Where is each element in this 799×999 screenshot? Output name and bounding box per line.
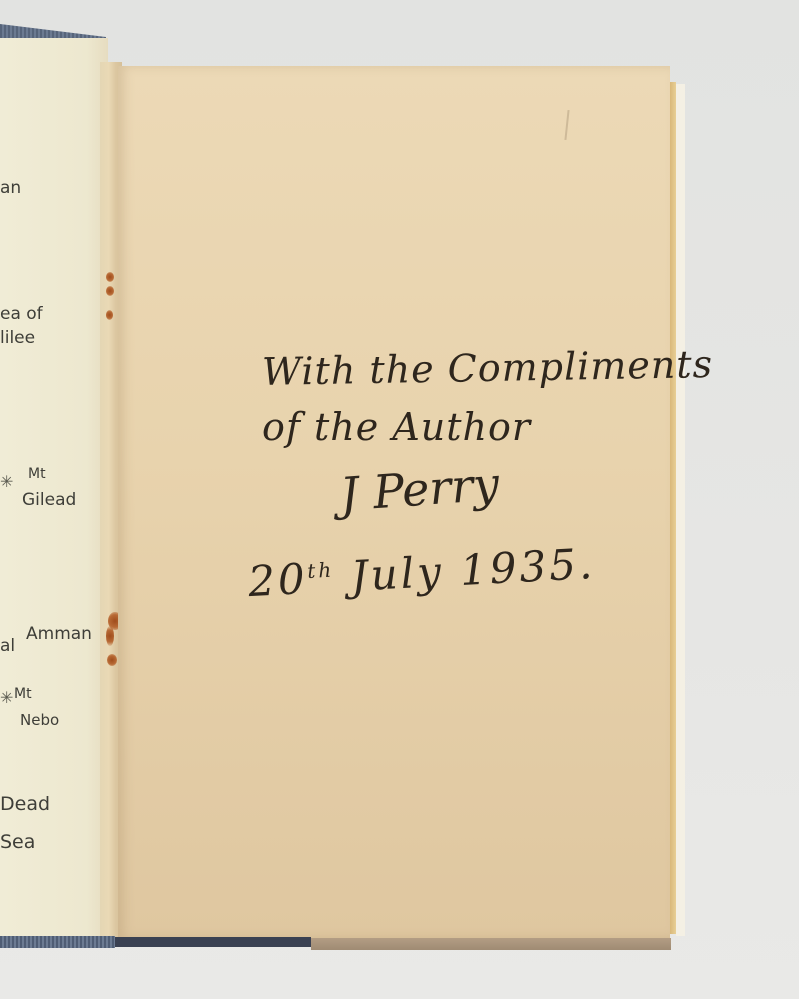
map-label: Dead [0, 794, 50, 814]
mountain-sun-icon: ✳ [0, 688, 13, 707]
book-cover-bottom-edge [0, 936, 115, 948]
map-label: Nebo [20, 710, 59, 730]
page-block-edge-light [676, 84, 685, 936]
date-suffix: th [307, 558, 335, 583]
map-label: an [0, 178, 21, 198]
mountain-sun-icon: ✳ [0, 472, 13, 491]
map-label: lilee [0, 328, 35, 348]
date-day: 20 [247, 554, 309, 606]
book-board-bottom [311, 938, 671, 950]
foxing-spot [106, 626, 114, 646]
inscription-line-1: With the Compliments [262, 342, 714, 394]
map-label: ea of [0, 304, 43, 324]
author-signature: J Perry [338, 457, 501, 522]
map-label: al [0, 636, 15, 656]
map-label: Gilead [22, 490, 76, 510]
book-board-bottom-dark [115, 937, 311, 947]
inscription-line-2: of the Author [262, 405, 531, 449]
map-label: Sea [0, 832, 35, 852]
foxing-spot [106, 286, 114, 296]
foxing-spot [107, 654, 117, 666]
foxing-spot [106, 272, 114, 282]
map-label: Amman [26, 624, 92, 644]
map-label: Mt [14, 684, 32, 704]
photo-scene: an ea of lilee ✳ Mt Gilead Amman al ✳ Mt… [0, 0, 799, 999]
foxing-spot [106, 310, 113, 320]
left-endpaper-map: an ea of lilee ✳ Mt Gilead Amman al ✳ Mt… [0, 38, 108, 938]
map-label: Mt [28, 464, 46, 484]
